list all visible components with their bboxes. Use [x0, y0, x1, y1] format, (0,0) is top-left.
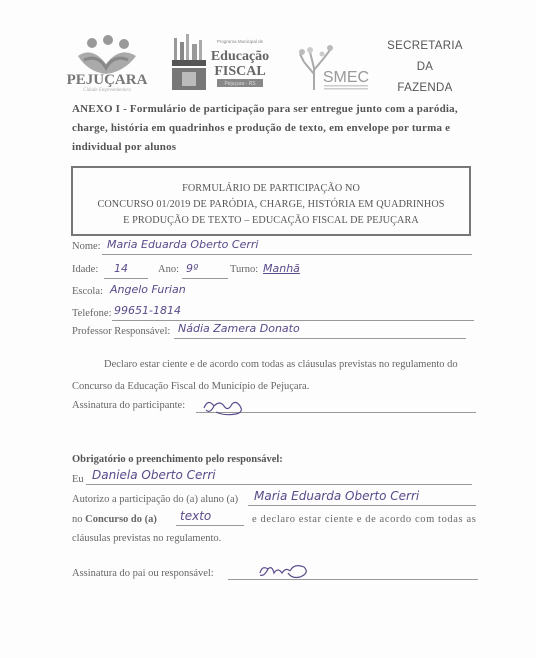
- professor-line: [174, 338, 466, 339]
- escola-label: Escola:: [72, 286, 103, 297]
- guardian-signature-label: Assinatura do pai ou responsável:: [72, 568, 214, 579]
- svg-text:PEJUÇARA: PEJUÇARA: [67, 72, 148, 88]
- clausulas-text: cláusulas previstas no regulamento.: [72, 533, 221, 544]
- concurso-line: [176, 525, 244, 526]
- svg-text:Pejuçara - RS: Pejuçara - RS: [224, 81, 256, 87]
- no-text: no: [72, 514, 83, 525]
- svg-text:FISCAL: FISCAL: [214, 64, 265, 79]
- escola-field[interactable]: Angelo Furian: [110, 283, 186, 296]
- concurso-field[interactable]: texto: [180, 509, 211, 523]
- department-name: SECRETARIA DA FAZENDA: [375, 36, 475, 99]
- ano-line: [182, 278, 228, 279]
- idade-field[interactable]: 14: [114, 262, 128, 275]
- svg-text:Educação: Educação: [211, 49, 269, 64]
- department-line: FAZENDA: [375, 78, 475, 99]
- eu-label: Eu: [72, 474, 84, 485]
- department-line: DA: [375, 57, 475, 78]
- student-name-field[interactable]: Maria Eduarda Oberto Cerri: [254, 489, 419, 503]
- smec-logo: SMEC: [296, 40, 371, 92]
- nome-line: [102, 254, 472, 255]
- pejucara-logo: PEJUÇARA Cidade Empreendedora: [62, 34, 152, 92]
- guardian-name-field[interactable]: Daniela Oberto Cerri: [92, 468, 216, 482]
- annex-instructions: ANEXO I - Formulário de participação par…: [72, 100, 492, 157]
- declaration-text-1: Declaro estar ciente e de acordo com tod…: [104, 354, 458, 376]
- telefone-label: Telefone:: [72, 308, 112, 319]
- participant-signature[interactable]: [200, 396, 250, 418]
- eu-line: [86, 484, 472, 485]
- title-line: FORMULÁRIO DE PARTICIPAÇÃO NO: [73, 181, 469, 197]
- nome-label: Nome:: [72, 241, 101, 252]
- no-label: no Concurso do (a): [72, 514, 157, 525]
- title-line: E PRODUÇÃO DE TEXTO – EDUCAÇÃO FISCAL DE…: [73, 213, 469, 229]
- turno-field[interactable]: Manhã: [263, 262, 300, 275]
- guardian-heading: Obrigatório o preenchimento pelo respons…: [72, 454, 283, 465]
- educacao-fiscal-logo: Programa Municipal de Educação FISCAL Pe…: [172, 30, 272, 94]
- declaration-text-2: Concurso da Educação Fiscal do Município…: [72, 376, 309, 398]
- ano-label: Ano:: [158, 264, 179, 275]
- telefone-field[interactable]: 99651-1814: [114, 304, 181, 317]
- ano-field[interactable]: 9º: [186, 262, 198, 275]
- title-line: CONCURSO 01/2019 DE PARÓDIA, CHARGE, HIS…: [73, 197, 469, 213]
- guardian-signature[interactable]: [256, 561, 316, 581]
- idade-label: Idade:: [72, 264, 98, 275]
- svg-text:Programa Municipal de: Programa Municipal de: [217, 39, 264, 44]
- turno-label: Turno:: [230, 264, 258, 275]
- autorizo-line: [248, 505, 476, 506]
- svg-text:SMEC: SMEC: [323, 69, 369, 86]
- participant-signature-label: Assinatura do participante:: [72, 400, 185, 411]
- professor-label: Professor Responsável:: [72, 326, 170, 337]
- form-title-box: FORMULÁRIO DE PARTICIPAÇÃO NO CONCURSO 0…: [71, 166, 471, 236]
- professor-field[interactable]: Nádia Zamera Donato: [178, 322, 300, 335]
- department-line: SECRETARIA: [375, 36, 475, 57]
- idade-line: [104, 278, 148, 279]
- declaro-text: e declaro estar ciente e de acordo com t…: [252, 514, 476, 525]
- svg-text:Cidade Empreendedora: Cidade Empreendedora: [83, 88, 131, 92]
- concurso-label: Concurso do (a): [85, 514, 157, 525]
- telefone-line: [112, 320, 474, 321]
- nome-field[interactable]: Maria Eduarda Oberto Cerri: [107, 238, 258, 251]
- autorizo-label: Autorizo a participação do (a) aluno (a): [72, 494, 238, 505]
